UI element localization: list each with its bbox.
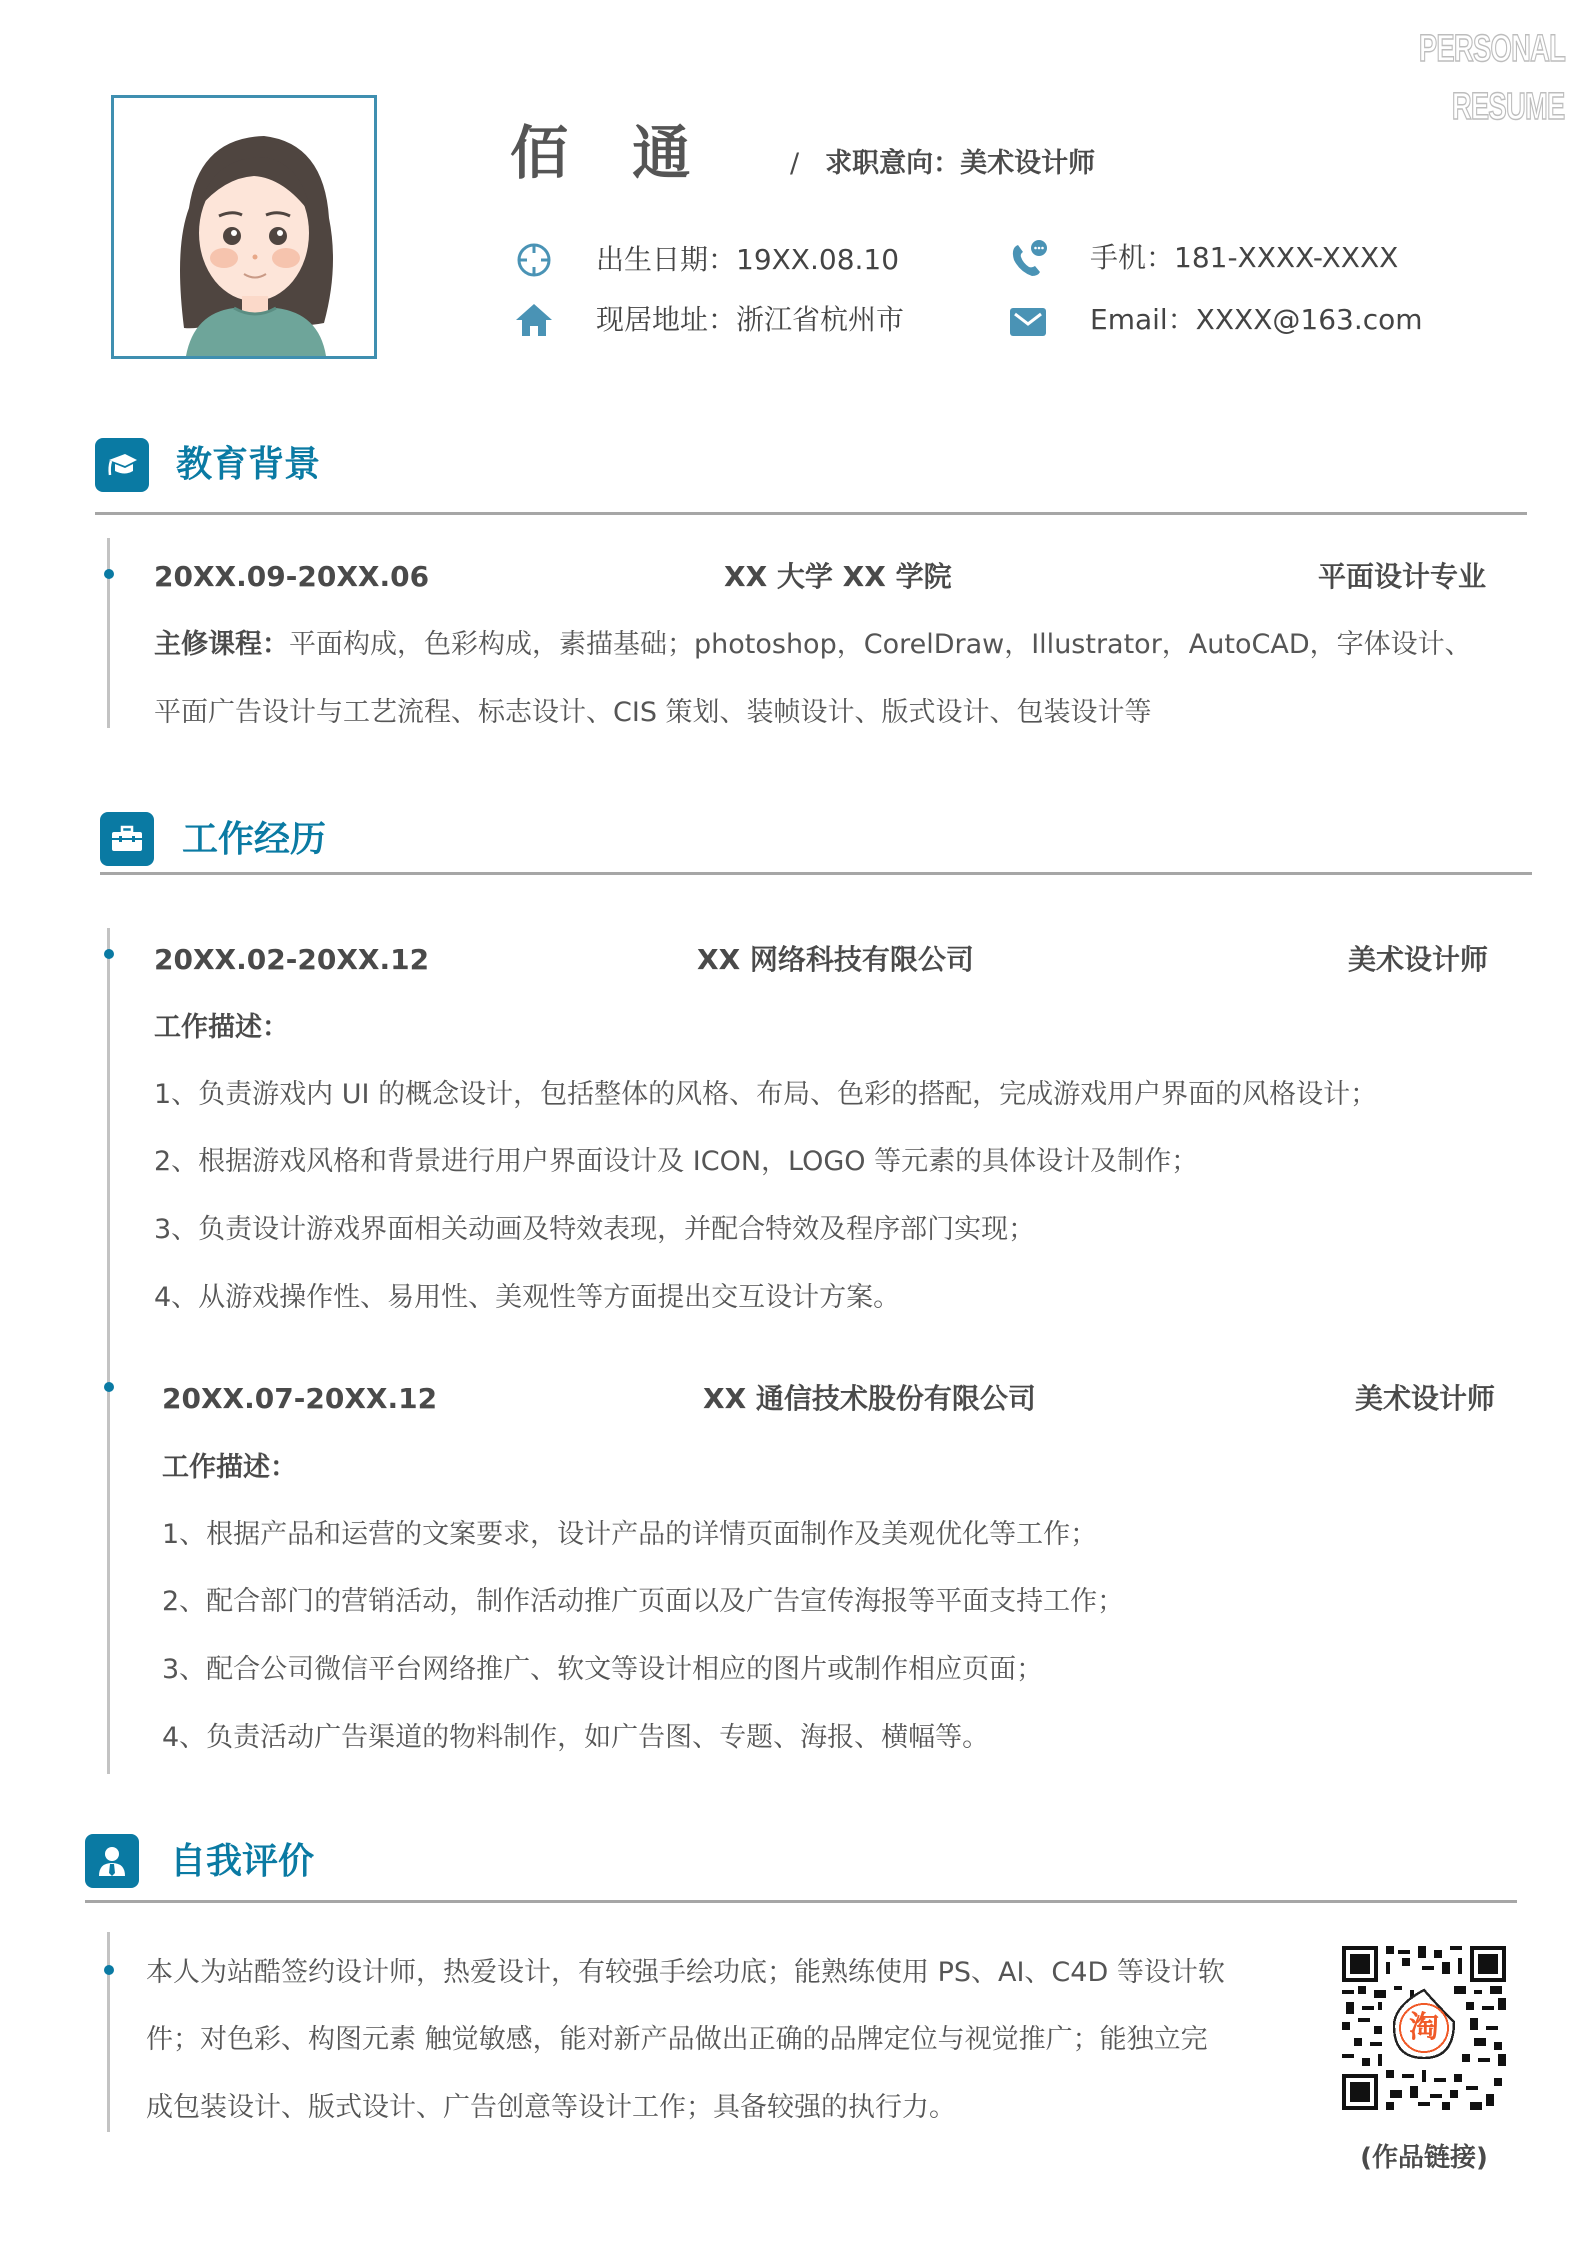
job-desc-item: 1、负责游戏内 UI 的概念设计，包括整体的风格、布局、色彩的搭配，完成游戏用户…: [154, 1077, 1377, 1113]
timeline-line: [107, 928, 110, 1774]
mail-icon: [1008, 302, 1048, 342]
avatar-illustration-icon: [114, 98, 374, 356]
edu-period: 20XX.09-20XX.06: [154, 559, 429, 595]
address: 现居地址：浙江省杭州市: [596, 302, 904, 338]
avatar-photo: [111, 95, 377, 359]
job-desc-item: 3、负责设计游戏界面相关动画及特效表现，并配合特效及程序部门实现；: [154, 1212, 1035, 1248]
candidate-name: 佰 通: [510, 118, 712, 188]
job-desc-label: 工作描述：: [154, 1010, 289, 1046]
edu-courses-line1: 主修课程：平面构成，色彩构成，素描基础；photoshop，CorelDraw，…: [154, 627, 1472, 663]
job-desc-label: 工作描述：: [162, 1450, 297, 1486]
portfolio-qr-code[interactable]: 淘: [1342, 1946, 1506, 2110]
section-title-self-eval: 自我评价: [170, 1837, 314, 1887]
job-intent-text: 求职意向：美术设计师: [825, 148, 1095, 179]
timeline-line: [107, 538, 110, 728]
person-tie-icon: [85, 1834, 139, 1888]
timeline-line: [107, 1932, 110, 2132]
timeline-dot: [104, 949, 114, 959]
timeline-dot: [104, 1965, 114, 1975]
graduation-cap-icon: [95, 438, 149, 492]
job-period: 20XX.07-20XX.12: [162, 1381, 437, 1417]
divider: [95, 512, 1527, 515]
briefcase-icon: [100, 812, 154, 866]
edu-courses-line2: 平面广告设计与工艺流程、标志设计、CIS 策划、装帧设计、版式设计、包装设计等: [154, 695, 1152, 731]
job-position: 美术设计师: [1355, 1381, 1495, 1417]
phone-chat-icon: [1008, 238, 1048, 278]
separator-slash: /: [790, 148, 799, 179]
email: Email：XXXX@163.com: [1090, 302, 1423, 338]
job-desc-item: 2、根据游戏风格和背景进行用户界面设计及 ICON，LOGO 等元素的具体设计及…: [154, 1144, 1198, 1180]
job-period: 20XX.02-20XX.12: [154, 942, 429, 978]
watermark-personal: PERSONAL: [1419, 28, 1565, 71]
job-desc-item: 3、配合公司微信平台网络推广、软文等设计相应的图片或制作相应页面；: [162, 1652, 1043, 1688]
divider: [100, 872, 1532, 875]
job-company: XX 网络科技有限公司: [697, 942, 974, 978]
self-eval-line: 本人为站酷签约设计师，热爱设计，有较强手绘功底；能熟练使用 PS、AI、C4D …: [146, 1955, 1225, 1991]
section-title-education: 教育背景: [176, 440, 320, 490]
divider: [85, 1900, 1517, 1903]
job-desc-item: 2、配合部门的营销活动，制作活动推广页面以及广告宣传海报等平面支持工作；: [162, 1584, 1124, 1620]
birth-date: 出生日期：19XX.08.10: [596, 242, 899, 278]
edu-major: 平面设计专业: [1318, 559, 1486, 595]
timeline-dot: [104, 569, 114, 579]
job-position: 美术设计师: [1348, 942, 1488, 978]
job-company: XX 通信技术股份有限公司: [703, 1381, 1036, 1417]
job-desc-item: 4、从游戏操作性、易用性、美观性等方面提出交互设计方案。: [154, 1280, 900, 1316]
timeline-dot: [104, 1382, 114, 1392]
job-intent: /求职意向：美术设计师: [790, 146, 1095, 182]
portfolio-link-caption: (作品链接): [1342, 2140, 1506, 2176]
job-desc-item: 1、根据产品和运营的文案要求，设计产品的详情页面制作及美观优化等工作；: [162, 1517, 1097, 1553]
self-eval-line: 成包装设计、版式设计、广告创意等设计工作；具备较强的执行力。: [146, 2090, 956, 2126]
courses-label: 主修课程：: [154, 629, 289, 660]
job-desc-item: 4、负责活动广告渠道的物料制作，如广告图、专题、海报、横幅等。: [162, 1720, 989, 1756]
self-eval-line: 件；对色彩、构图元素 触觉敏感，能对新产品做出正确的品牌定位与视觉推广；能独立完: [146, 2022, 1208, 2058]
section-title-work: 工作经历: [182, 815, 326, 865]
home-icon: [514, 300, 554, 340]
phone: 手机：181-XXXX-XXXX: [1090, 240, 1398, 276]
edu-school: XX 大学 XX 学院: [724, 559, 952, 595]
taobao-glyph: 淘: [1402, 2006, 1446, 2050]
crosshair-icon: [514, 240, 554, 280]
watermark-resume: RESUME: [1452, 86, 1565, 129]
